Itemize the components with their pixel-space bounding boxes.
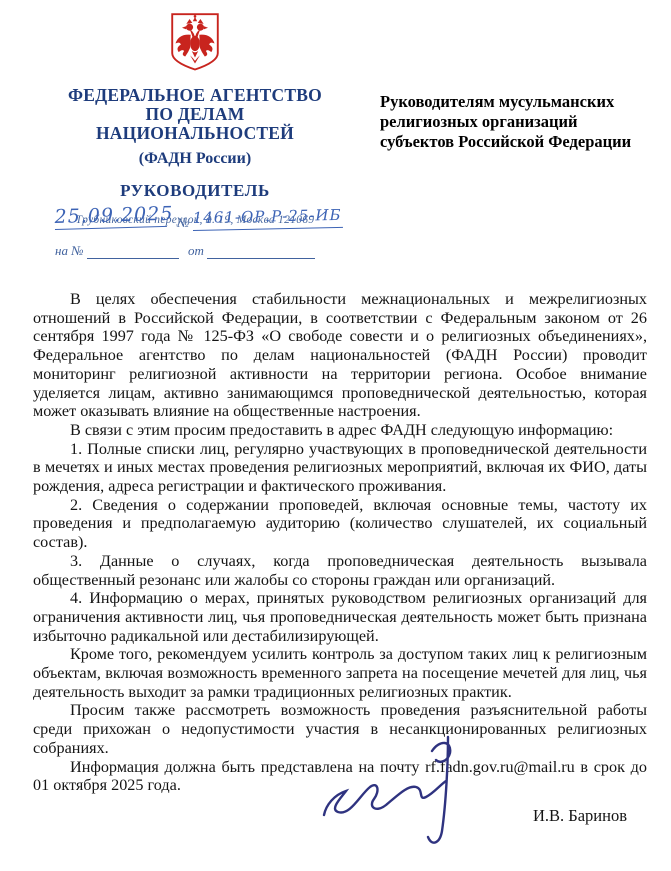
- agency-name-line1: ФЕДЕРАЛЬНОЕ АГЕНТСТВО: [48, 86, 342, 105]
- from-label: от: [188, 243, 204, 258]
- body-paragraph-outreach: Просим также рассмотреть возможность про…: [33, 701, 647, 757]
- from-date-blank: [207, 246, 315, 259]
- body-list-item-3: 3. Данные о случаях, когда проповедничес…: [33, 552, 647, 589]
- body-paragraph-recommendation: Кроме того, рекомендуем усилить контроль…: [33, 645, 647, 701]
- recipient-block: Руководителям мусульманских религиозных …: [380, 92, 655, 152]
- body-list-item-2: 2. Сведения о содержании проповедей, вкл…: [33, 496, 647, 552]
- body-paragraph-request: В связи с этим просим предоставить в адр…: [33, 421, 647, 440]
- reference-line-reply: на № от: [55, 243, 365, 259]
- handwritten-date: 25.09.2025: [54, 203, 167, 230]
- official-letter-page: ФЕДЕРАЛЬНОЕ АГЕНТСТВО ПО ДЕЛАМ НАЦИОНАЛЬ…: [0, 0, 671, 871]
- on-number-label: на №: [55, 243, 83, 258]
- reference-line-date-number: 25.09.2025№1461-ОР.Р-25-ИБ: [55, 206, 355, 231]
- body-list-item-4: 4. Информацию о мерах, принятых руководс…: [33, 589, 647, 645]
- coat-of-arms-icon: [167, 12, 223, 76]
- body-list-item-1: 1. Полные списки лиц, регулярно участвую…: [33, 440, 647, 496]
- agency-short-name: (ФАДН России): [48, 150, 342, 168]
- letterhead: ФЕДЕРАЛЬНОЕ АГЕНТСТВО ПО ДЕЛАМ НАЦИОНАЛЬ…: [48, 0, 342, 226]
- letter-body: В целях обеспечения стабильности межнаци…: [33, 290, 647, 795]
- handwritten-outgoing-number: 1461-ОР.Р-25-ИБ: [193, 206, 343, 231]
- signer-name: И.В. Баринов: [533, 806, 627, 826]
- body-paragraph-intro: В целях обеспечения стабильности межнаци…: [33, 290, 647, 421]
- on-number-blank: [87, 246, 179, 259]
- agency-name-line2: ПО ДЕЛАМ НАЦИОНАЛЬНОСТЕЙ: [48, 105, 342, 143]
- position-title: РУКОВОДИТЕЛЬ: [48, 181, 342, 201]
- number-sign-label: №: [177, 215, 189, 231]
- body-paragraph-deadline: Информация должна быть представлена на п…: [33, 758, 647, 795]
